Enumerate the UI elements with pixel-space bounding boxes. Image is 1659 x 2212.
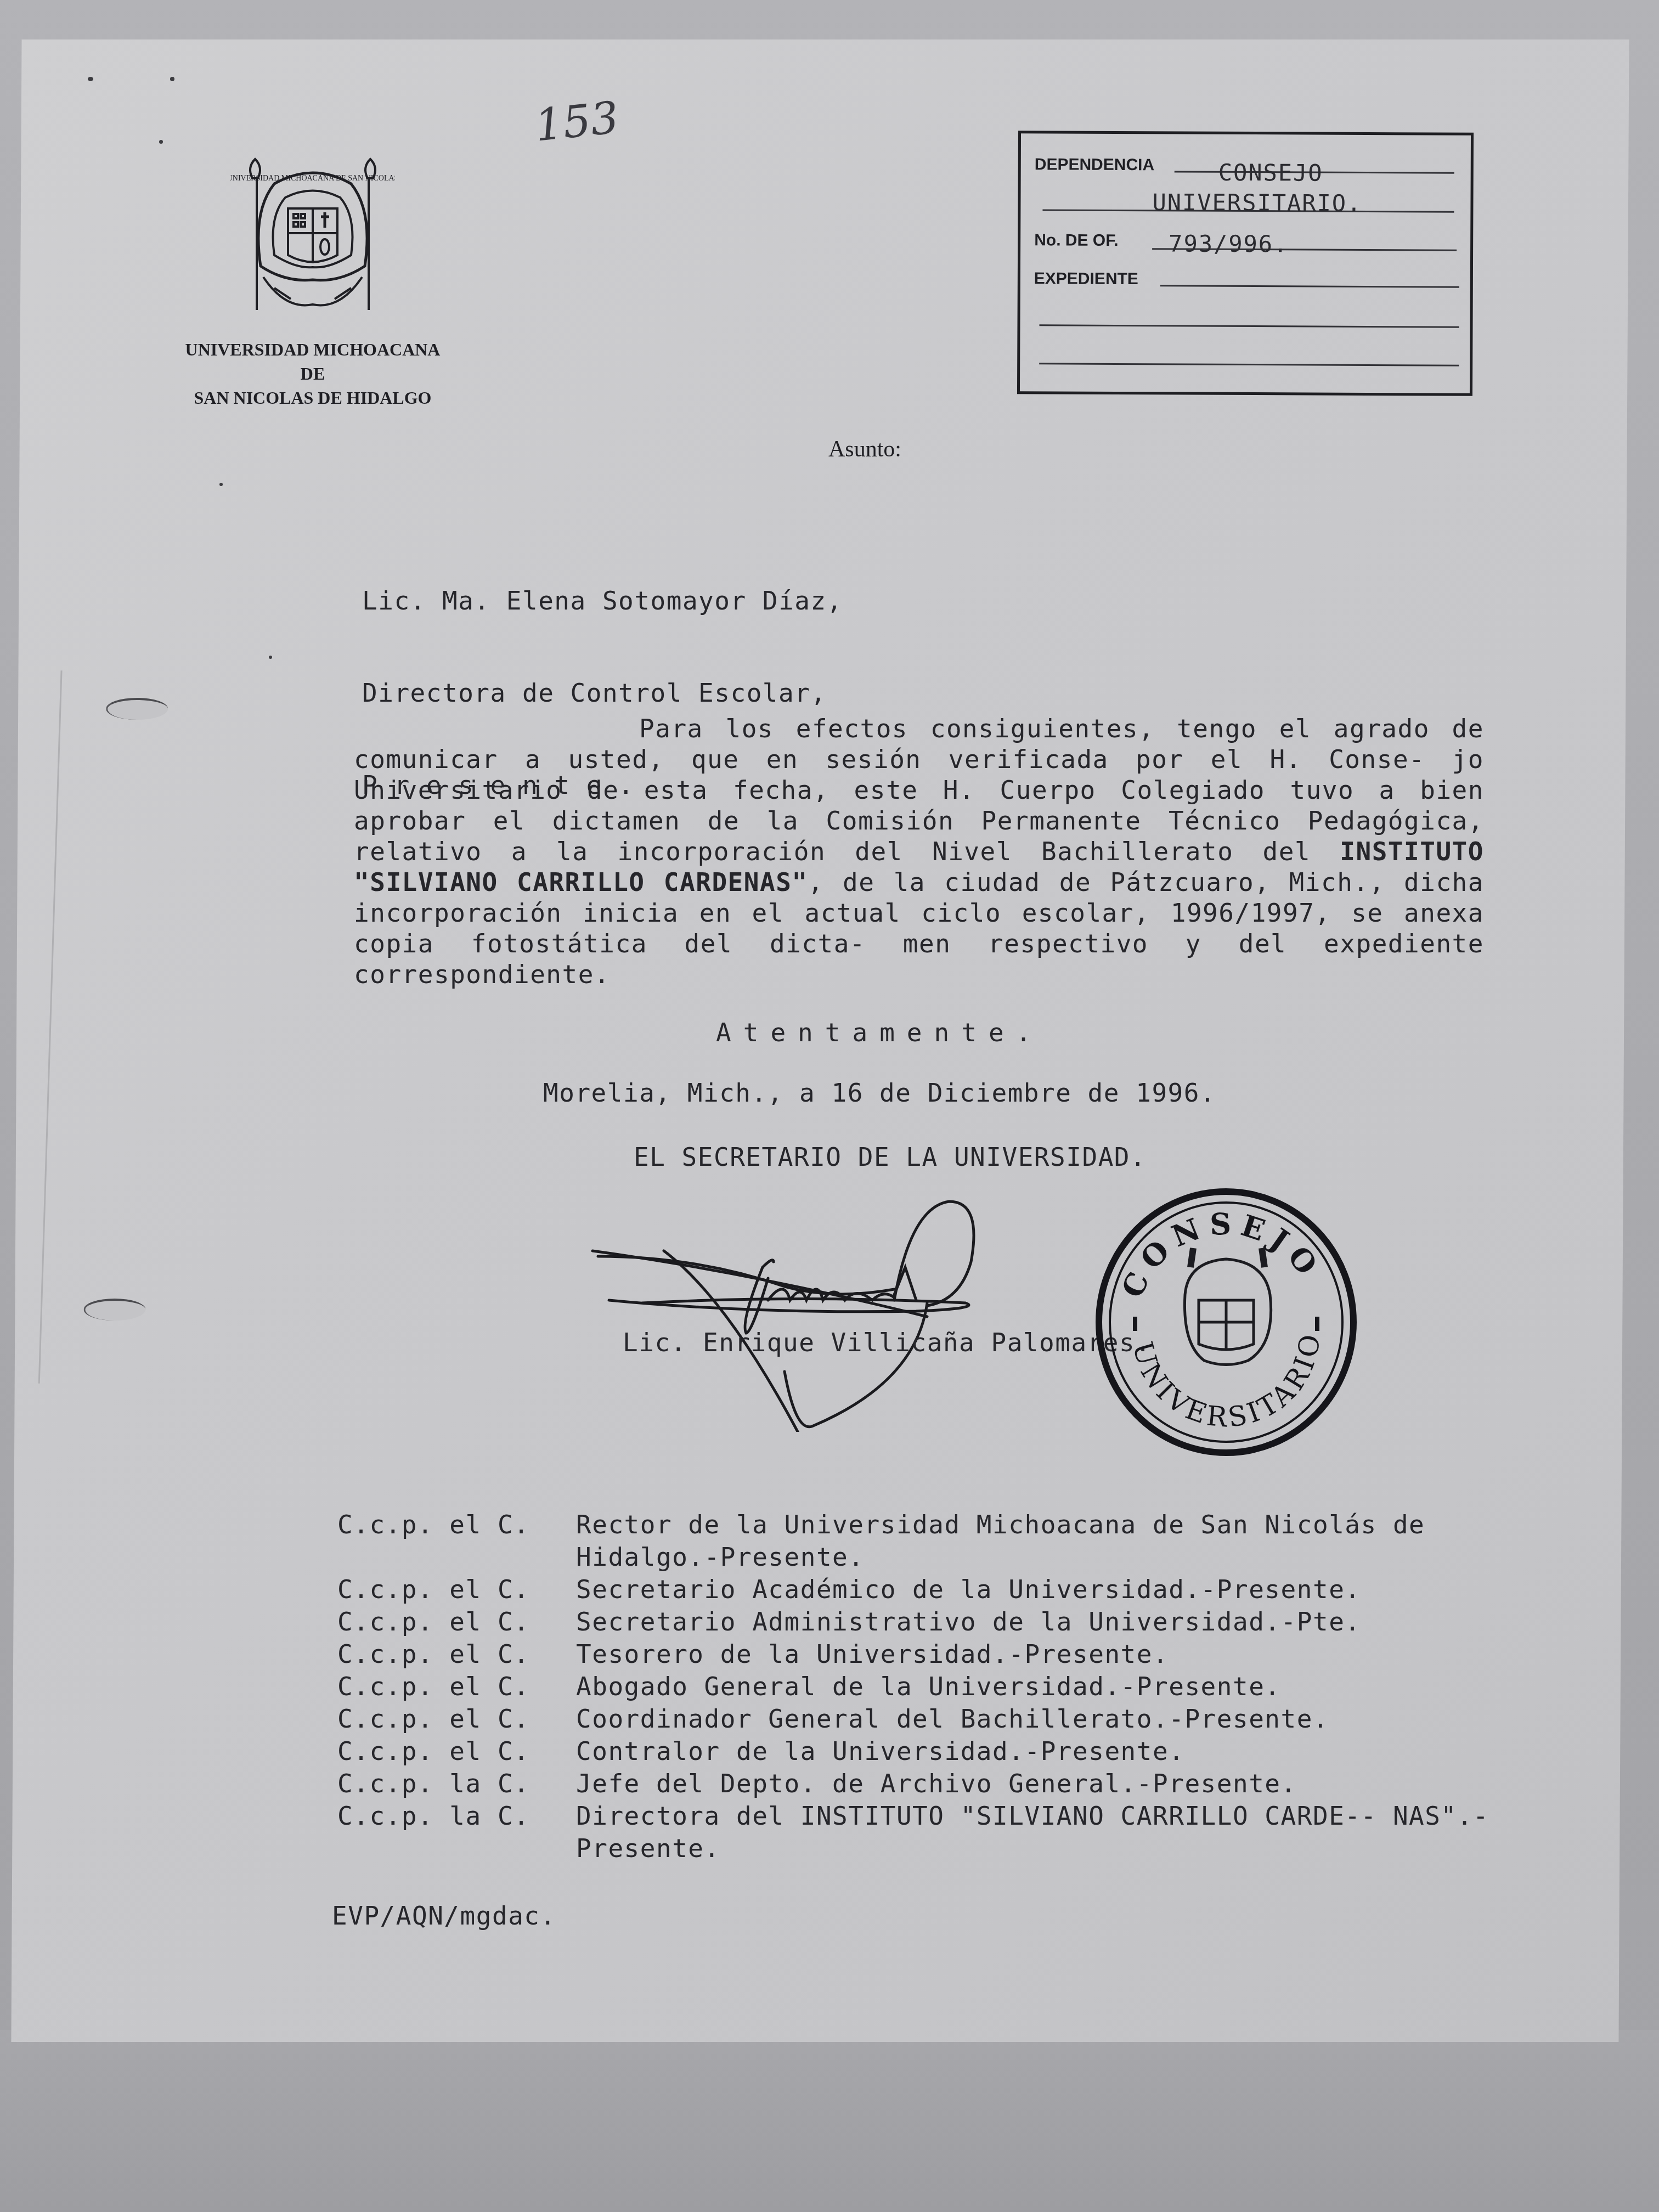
university-coat-of-arms-icon: UNIVERSIDAD MICHOACANA DE SAN NICOLAS — [230, 145, 395, 321]
copy-text: Contralor de la Universidad.-Presente. — [576, 1735, 1542, 1768]
speck — [219, 483, 223, 486]
copy-recipient: C.c.p. el C.Tesorero de la Universidad.-… — [337, 1638, 1542, 1671]
addressee-title: Directora de Control Escolar, — [362, 678, 843, 708]
copy-recipient: C.c.p. el C.Secretario Académico de la U… — [337, 1573, 1542, 1606]
form-line — [1039, 324, 1459, 328]
dependencia-value: CONSEJO — [1218, 159, 1323, 187]
punch-hole — [106, 698, 168, 720]
copy-text: Secretario Académico de la Universidad.-… — [576, 1573, 1542, 1606]
signer-name: Lic. Enrique Villicaña Palomares. — [623, 1328, 1151, 1357]
copy-recipient: C.c.p. la C.Jefe del Depto. de Archivo G… — [337, 1768, 1542, 1800]
page-fold-line — [38, 670, 63, 1384]
copy-text: Tesorero de la Universidad.-Presente. — [576, 1638, 1542, 1671]
copy-recipient: C.c.p. el C.Contralor de la Universidad.… — [337, 1735, 1542, 1768]
copy-prefix: C.c.p. el C. — [337, 1703, 576, 1735]
form-line — [1039, 363, 1459, 366]
signer-title: EL SECRETARIO DE LA UNIVERSIDAD. — [634, 1142, 1146, 1172]
signature-icon — [587, 1190, 1114, 1432]
copy-text: Secretario Administrativo de la Universi… — [576, 1606, 1542, 1638]
copy-text: Directora del INSTITUTO "SILVIANO CARRIL… — [576, 1800, 1542, 1865]
place-date: Morelia, Mich., a 16 de Diciembre de 199… — [543, 1078, 1216, 1108]
dependencia-value-cont: UNIVERSITARIO. — [1152, 189, 1362, 217]
speck — [88, 77, 93, 81]
svg-text:UNIVERSIDAD MICHOACANA DE SAN: UNIVERSIDAD MICHOACANA DE SAN NICOLAS — [230, 174, 395, 183]
copy-recipient: C.c.p. el C.Rector de la Universidad Mic… — [337, 1509, 1542, 1573]
oficio-value: 793/996. — [1169, 230, 1289, 257]
university-name: UNIVERSIDAD MICHOACANA DE SAN NICOLAS DE… — [159, 337, 466, 410]
copy-text: Jefe del Depto. de Archivo General.-Pres… — [576, 1768, 1542, 1800]
copy-prefix: C.c.p. el C. — [337, 1573, 576, 1606]
copy-text: Rector de la Universidad Michoacana de S… — [576, 1509, 1542, 1573]
copy-prefix: C.c.p. el C. — [337, 1606, 576, 1638]
handwritten-page-number: 153 — [533, 92, 622, 151]
copy-prefix: C.c.p. el C. — [337, 1671, 576, 1703]
copy-prefix: C.c.p. el C. — [337, 1509, 576, 1573]
university-name-line: SAN NICOLAS DE HIDALGO — [159, 386, 466, 410]
asunto-label: Asunto: — [828, 436, 901, 462]
university-name-line: DE — [159, 362, 466, 386]
addressee-name: Lic. Ma. Elena Sotomayor Díaz, — [362, 585, 843, 616]
copy-recipient: C.c.p. la C.Directora del INSTITUTO "SIL… — [337, 1800, 1542, 1865]
closing: Atentamente. — [716, 1018, 1043, 1047]
copy-text: Abogado General de la Universidad.-Prese… — [576, 1671, 1542, 1703]
copy-text: Coordinador General del Bachillerato.-Pr… — [576, 1703, 1542, 1735]
underlying-sheet — [0, 2030, 1659, 2212]
punch-hole — [83, 1299, 145, 1321]
copy-recipient: C.c.p. el C.Abogado General de la Univer… — [337, 1671, 1542, 1703]
speck — [269, 656, 272, 659]
reference-initials: EVP/AQN/mgdac. — [332, 1901, 556, 1931]
body-paragraph: Para los efectos consiguientes, tengo el… — [354, 713, 1484, 990]
consejo-universitario-stamp-icon: CONSEJO UNIVERSITARIO — [1089, 1185, 1363, 1459]
speck — [159, 140, 163, 144]
reference-box: DEPENDENCIA CONSEJO UNIVERSITARIO. No. D… — [1017, 131, 1474, 396]
copy-prefix: C.c.p. el C. — [337, 1638, 576, 1671]
university-name-line: UNIVERSIDAD MICHOACANA — [159, 337, 466, 362]
copy-recipient: C.c.p. el C.Secretario Administrativo de… — [337, 1606, 1542, 1638]
copy-recipient: C.c.p. el C.Coordinador General del Bach… — [337, 1703, 1542, 1735]
copy-prefix: C.c.p. el C. — [337, 1735, 576, 1768]
speck — [170, 77, 174, 81]
copy-prefix: C.c.p. la C. — [337, 1768, 576, 1800]
copy-prefix: C.c.p. la C. — [337, 1800, 576, 1865]
copies-list: C.c.p. el C.Rector de la Universidad Mic… — [337, 1509, 1542, 1865]
body-text: Para los efectos consiguientes, tengo el… — [354, 714, 1484, 866]
